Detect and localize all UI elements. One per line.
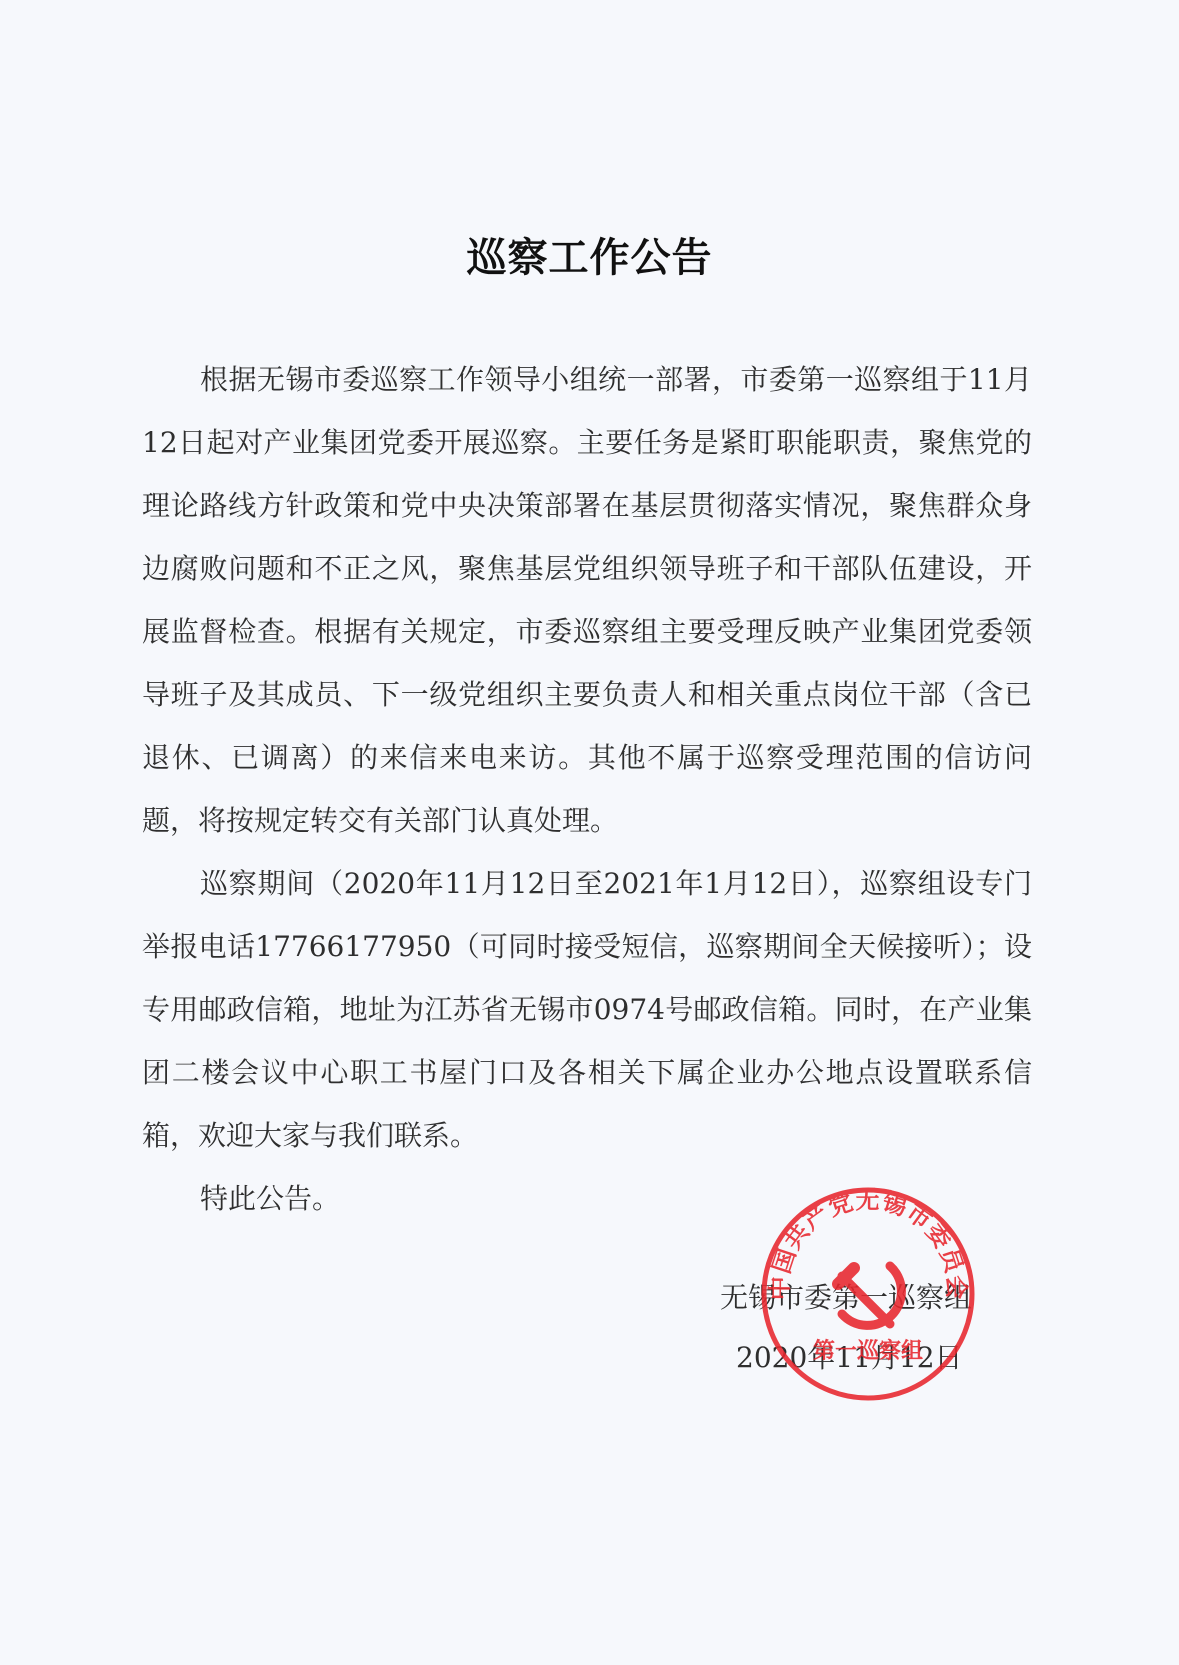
document-page: 巡察工作公告 根据无锡市委巡察工作领导小组统一部署，市委第一巡察组于11月12日… — [0, 0, 1179, 1665]
paragraph-inspection-scope: 根据无锡市委巡察工作领导小组统一部署，市委第一巡察组于11月12日起对产业集团党… — [142, 348, 1032, 852]
document-title: 巡察工作公告 — [0, 226, 1179, 283]
official-seal-icon: 中国共产党无锡市委员会 第一巡察组 — [760, 1186, 976, 1402]
svg-text:中国共产党无锡市委员会: 中国共产党无锡市委员会 — [766, 1186, 970, 1300]
seal-top-text: 中国共产党无锡市委员会 — [766, 1186, 970, 1300]
document-body: 根据无锡市委巡察工作领导小组统一部署，市委第一巡察组于11月12日起对产业集团党… — [142, 348, 1032, 1230]
paragraph-contact-info: 巡察期间（2020年11月12日至2021年1月12日），巡察组设专门举报电话1… — [142, 852, 1032, 1167]
seal-bottom-text: 第一巡察组 — [813, 1338, 923, 1364]
hammer-and-sickle-icon — [838, 1266, 901, 1325]
